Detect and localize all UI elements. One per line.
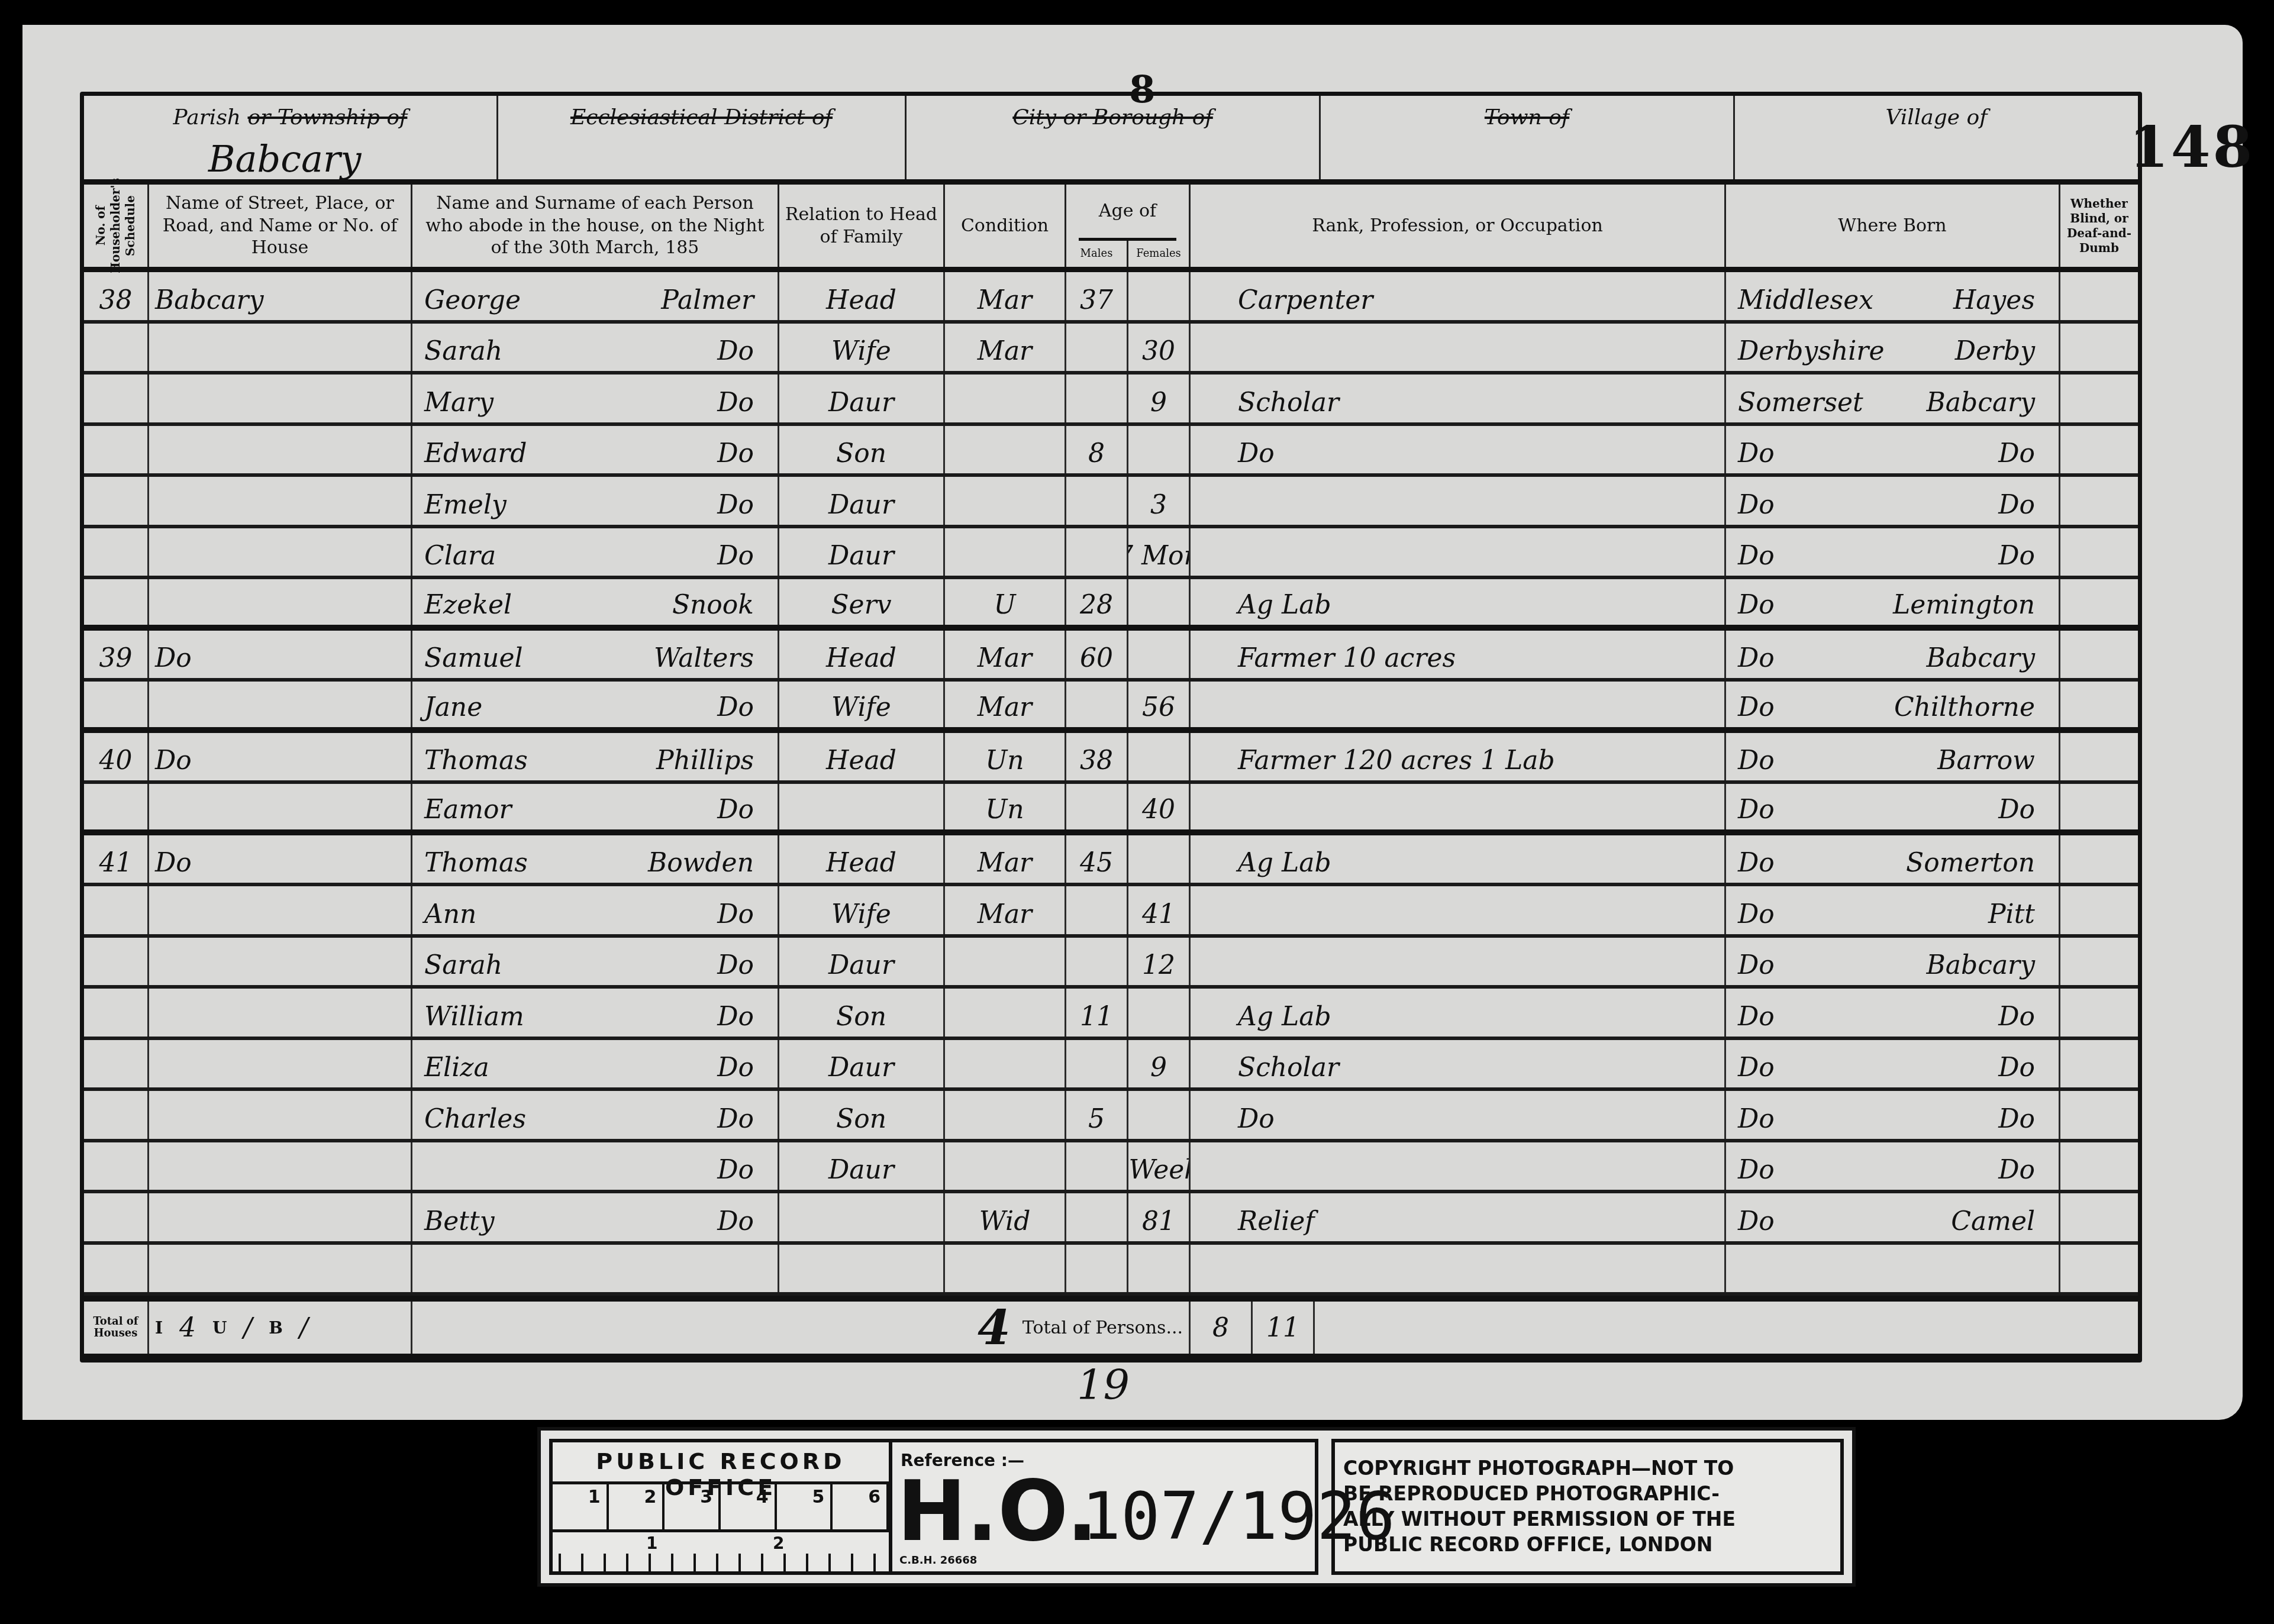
schedule-number: [84, 528, 149, 576]
person-name: EzekelSnook: [412, 579, 779, 625]
scale-ruler: PUBLIC RECORD OFFICE 1 2 3 4 5 6 1 2: [549, 1439, 892, 1575]
schedule-number: [84, 938, 149, 986]
uninhabited-count: /: [244, 1313, 253, 1343]
location-header: Parish or Township of Babcary Ecclesiast…: [84, 96, 2138, 185]
col-blind-deaf: Whether Blind, or Deaf-and-Dumb: [2060, 185, 2138, 267]
street-name: [149, 324, 412, 372]
female-age: [1128, 1091, 1191, 1139]
ruler-ticks: [559, 1554, 883, 1574]
table-row: EzekelSnookServU28Ag LabDoLemington: [84, 579, 2138, 631]
table-row: [84, 1245, 2138, 1296]
table-row: JaneDoWifeMar56DoChilthorne: [84, 682, 2138, 733]
col-occupation: Rank, Profession, or Occupation: [1191, 185, 1726, 267]
born-county: Do: [1738, 1206, 1775, 1236]
male-age: 45: [1066, 835, 1128, 883]
building-count: /: [299, 1313, 308, 1343]
male-age: 8: [1066, 426, 1128, 474]
col-males: Males: [1066, 241, 1128, 267]
condition: U: [945, 579, 1066, 625]
person-name: ThomasBowden: [412, 835, 779, 883]
schedule-number: [84, 579, 149, 625]
relation: Daur: [779, 374, 945, 422]
condition: Mar: [945, 682, 1066, 727]
street-name: [149, 579, 412, 625]
blind-deaf: [2060, 989, 2138, 1037]
born-place: Babcary: [1927, 950, 2036, 980]
occupation: Ag Lab: [1191, 579, 1726, 625]
born-place: Do: [1998, 541, 2035, 571]
street-name: [149, 784, 412, 829]
street-name: [149, 528, 412, 576]
schedule-number: [84, 1091, 149, 1139]
street-name: [149, 374, 412, 422]
forename: Mary: [424, 388, 493, 418]
town-cell: Town of: [1321, 96, 1735, 179]
households-tally: 4: [978, 1302, 1011, 1354]
occupation: [1191, 528, 1726, 576]
col-females: Females: [1128, 241, 1189, 267]
condition: [945, 1142, 1066, 1190]
schedule-number: [84, 374, 149, 422]
where-born: DoBabcary: [1726, 631, 2060, 679]
person-name: ElizaDo: [412, 1040, 779, 1088]
male-age: [1066, 324, 1128, 372]
female-age: 81: [1128, 1193, 1191, 1241]
male-age: [1066, 682, 1128, 727]
relation: Daur: [779, 1040, 945, 1088]
condition: [945, 989, 1066, 1037]
person-name: EamorDo: [412, 784, 779, 829]
born-county: Do: [1738, 1155, 1775, 1185]
forename: Eamor: [424, 795, 512, 825]
township-struck-label: or Township of: [248, 105, 408, 130]
born-county: Do: [1738, 590, 1775, 620]
parish-label: Parish: [173, 105, 241, 130]
female-age: [1128, 733, 1191, 781]
born-place: Do: [1998, 1104, 2035, 1134]
total-males: 8: [1191, 1302, 1253, 1354]
inhabited-count: 4: [179, 1313, 196, 1343]
total-persons-cell: 4 Total of Persons...: [412, 1302, 1191, 1354]
occupation: Do: [1191, 1091, 1726, 1139]
relation: Wife: [779, 324, 945, 372]
where-born: DoDo: [1726, 528, 2060, 576]
female-age: 3: [1128, 477, 1191, 525]
born-county: Do: [1738, 1002, 1775, 1032]
condition: Mar: [945, 324, 1066, 372]
street-name: Do: [149, 733, 412, 781]
col-relation: Relation to Head of Family: [779, 185, 945, 267]
condition: [945, 938, 1066, 986]
where-born: DoDo: [1726, 989, 2060, 1037]
surname: Walters: [654, 643, 754, 673]
condition: [945, 528, 1066, 576]
female-age: [1128, 426, 1191, 474]
person-name: [412, 1245, 779, 1293]
male-age: [1066, 1142, 1128, 1190]
office-title: PUBLIC RECORD OFFICE: [553, 1442, 889, 1484]
born-place: Babcary: [1927, 388, 2036, 418]
male-age: [1066, 1193, 1128, 1241]
blind-deaf: [2060, 682, 2138, 727]
total-females: 11: [1253, 1302, 1315, 1354]
forename: Samuel: [424, 643, 523, 673]
folio-number: 148: [2129, 114, 2254, 180]
age-of-label: Age of: [1079, 185, 1177, 241]
where-born: DoDo: [1726, 784, 2060, 829]
table-row: SarahDoWifeMar30DerbyshireDerby: [84, 324, 2138, 375]
female-age: [1128, 579, 1191, 625]
born-county: Do: [1738, 643, 1775, 673]
female-age: 30: [1128, 324, 1191, 372]
female-age: [1128, 989, 1191, 1037]
schedule-number: [84, 682, 149, 727]
occupation: Do: [1191, 426, 1726, 474]
female-age: [1128, 272, 1191, 320]
census-rows: 38BabcaryGeorgePalmerHeadMar37CarpenterM…: [84, 272, 2138, 1296]
born-place: Do: [1998, 1155, 2035, 1185]
blind-deaf: [2060, 1091, 2138, 1139]
occupation: Carpenter: [1191, 272, 1726, 320]
person-name: MaryDo: [412, 374, 779, 422]
relation: Son: [779, 426, 945, 474]
surname: Palmer: [661, 285, 754, 315]
male-age: [1066, 528, 1128, 576]
condition: Mar: [945, 272, 1066, 320]
where-born: DoChilthorne: [1726, 682, 2060, 727]
relation: Daur: [779, 938, 945, 986]
village-cell: Village of: [1735, 96, 2138, 179]
relation: [779, 1245, 945, 1293]
relation: Son: [779, 1091, 945, 1139]
male-age: 37: [1066, 272, 1128, 320]
table-row: WilliamDoSon11Ag LabDoDo: [84, 989, 2138, 1040]
born-place: Do: [1998, 1002, 2035, 1032]
blind-deaf: [2060, 1040, 2138, 1088]
street-name: [149, 1245, 412, 1293]
schedule-number: 39: [84, 631, 149, 679]
person-name: ClaraDo: [412, 528, 779, 576]
female-age: 41: [1128, 886, 1191, 934]
blind-deaf: [2060, 426, 2138, 474]
record-office-stamp: PUBLIC RECORD OFFICE 1 2 3 4 5 6 1 2 Ref…: [537, 1427, 1856, 1587]
table-row: 40DoThomasPhillipsHeadUn38Farmer 120 acr…: [84, 733, 2138, 784]
table-row: SarahDoDaur12DoBabcary: [84, 938, 2138, 989]
schedule-number: [84, 1040, 149, 1088]
surname: Phillips: [656, 745, 754, 776]
condition: Mar: [945, 631, 1066, 679]
relation: Head: [779, 733, 945, 781]
born-place: Do: [1998, 795, 2035, 825]
female-age: 3 Weeks: [1128, 1142, 1191, 1190]
person-name: WilliamDo: [412, 989, 779, 1037]
born-county: Do: [1738, 1052, 1775, 1083]
table-row: 38BabcaryGeorgePalmerHeadMar37CarpenterM…: [84, 272, 2138, 324]
surname: Do: [717, 1155, 754, 1185]
schedule-number: [84, 426, 149, 474]
born-place: Do: [1998, 1052, 2035, 1083]
condition: [945, 374, 1066, 422]
stamp-code: C.B.H. 26668: [899, 1554, 977, 1567]
col-condition: Condition: [945, 185, 1066, 267]
relation: Head: [779, 835, 945, 883]
person-name: EdwardDo: [412, 426, 779, 474]
born-county: Do: [1738, 1104, 1775, 1134]
census-table: Parish or Township of Babcary Ecclesiast…: [80, 92, 2142, 1363]
street-name: [149, 1193, 412, 1241]
where-born: DoLemington: [1726, 579, 2060, 625]
city-borough-label: City or Borough of: [907, 105, 1319, 130]
blind-deaf: [2060, 938, 2138, 986]
street-name: [149, 989, 412, 1037]
surname: Do: [717, 336, 754, 366]
table-row: EdwardDoSon8DoDoDo: [84, 426, 2138, 477]
schedule-number: [84, 1245, 149, 1293]
condition: Mar: [945, 886, 1066, 934]
blind-deaf: [2060, 272, 2138, 320]
born-place: Do: [1998, 490, 2035, 520]
where-born: DoDo: [1726, 1142, 2060, 1190]
table-row: BettyDoWid81ReliefDoCamel: [84, 1193, 2138, 1245]
person-name: ThomasPhillips: [412, 733, 779, 781]
occupation: [1191, 784, 1726, 829]
where-born: DoBabcary: [1726, 938, 2060, 986]
where-born: [1726, 1245, 2060, 1293]
surname: Do: [717, 692, 754, 722]
born-county: Somerset: [1738, 388, 1863, 418]
reference-box: Reference :— H.O. 107/1926 C.B.H. 26668: [892, 1439, 1318, 1575]
condition: Un: [945, 733, 1066, 781]
blind-deaf: [2060, 631, 2138, 679]
occupation: [1191, 1245, 1726, 1293]
blind-deaf: [2060, 477, 2138, 525]
condition: Wid: [945, 1193, 1066, 1241]
male-age: [1066, 1040, 1128, 1088]
blind-deaf: [2060, 835, 2138, 883]
table-row: 39DoSamuelWaltersHeadMar60Farmer 10 acre…: [84, 631, 2138, 682]
occupation: Farmer 120 acres 1 Lab: [1191, 733, 1726, 781]
reference-series: H.O.: [897, 1471, 1098, 1554]
relation: Son: [779, 989, 945, 1037]
person-name: SarahDo: [412, 324, 779, 372]
surname: Do: [717, 1052, 754, 1083]
schedule-number: [84, 477, 149, 525]
female-age: 9: [1128, 1040, 1191, 1088]
relation: [779, 1193, 945, 1241]
where-born: DoDo: [1726, 477, 2060, 525]
blind-deaf: [2060, 1245, 2138, 1293]
condition: [945, 1040, 1066, 1088]
born-place: Do: [1998, 438, 2035, 469]
col-street: Name of Street, Place, or Road, and Name…: [149, 185, 412, 267]
table-row: CharlesDoSon5DoDoDo: [84, 1091, 2138, 1142]
born-county: Derbyshire: [1738, 336, 1884, 366]
female-age: [1128, 835, 1191, 883]
relation: Wife: [779, 682, 945, 727]
blind-deaf: [2060, 324, 2138, 372]
street-name: [149, 682, 412, 727]
schedule-number: [84, 989, 149, 1037]
born-county: Do: [1738, 950, 1775, 980]
male-age: 5: [1066, 1091, 1128, 1139]
forename: Thomas: [424, 745, 528, 776]
relation: Serv: [779, 579, 945, 625]
street-name: [149, 477, 412, 525]
born-county: Do: [1738, 848, 1775, 878]
col-person: Name and Surname of each Person who abod…: [412, 185, 779, 267]
occupation: Scholar: [1191, 374, 1726, 422]
born-place: Chilthorne: [1894, 692, 2035, 722]
born-county: Do: [1738, 692, 1775, 722]
blind-deaf: [2060, 528, 2138, 576]
born-place: Camel: [1951, 1206, 2035, 1236]
person-name: GeorgePalmer: [412, 272, 779, 320]
female-age: 40: [1128, 784, 1191, 829]
where-born: DerbyshireDerby: [1726, 324, 2060, 372]
surname: Do: [717, 1002, 754, 1032]
relation: Wife: [779, 886, 945, 934]
relation: Daur: [779, 528, 945, 576]
schedule-number: 41: [84, 835, 149, 883]
where-born: DoCamel: [1726, 1193, 2060, 1241]
street-name: [149, 426, 412, 474]
where-born: DoPitt: [1726, 886, 2060, 934]
male-age: 28: [1066, 579, 1128, 625]
column-headers: No. of Householder's Schedule Name of St…: [84, 185, 2138, 272]
person-name: JaneDo: [412, 682, 779, 727]
col-schedule-no: No. of Householder's Schedule: [84, 185, 149, 267]
relation: Daur: [779, 477, 945, 525]
person-name: AnnDo: [412, 886, 779, 934]
person-name: SamuelWalters: [412, 631, 779, 679]
born-county: Do: [1738, 745, 1775, 776]
schedule-number: 40: [84, 733, 149, 781]
surname: Do: [717, 490, 754, 520]
born-county: Do: [1738, 541, 1775, 571]
forename: Clara: [424, 541, 496, 571]
forename: Eliza: [424, 1052, 489, 1083]
street-name: [149, 938, 412, 986]
table-row: AnnDoWifeMar41DoPitt: [84, 886, 2138, 938]
relation: [779, 784, 945, 829]
forename: Sarah: [424, 336, 502, 366]
total-persons-label: Total of Persons...: [1023, 1318, 1183, 1338]
surname: Do: [717, 899, 754, 929]
surname: Do: [717, 950, 754, 980]
male-age: 11: [1066, 989, 1128, 1037]
occupation: Farmer 10 acres: [1191, 631, 1726, 679]
female-age: [1128, 631, 1191, 679]
schedule-number: [84, 886, 149, 934]
copyright-notice: COPYRIGHT PHOTOGRAPH—NOT TO BE REPRODUCE…: [1331, 1439, 1844, 1575]
forename: Ann: [424, 899, 476, 929]
census-grid: No. of Householder's Schedule Name of St…: [84, 185, 2138, 1361]
born-place: Somerton: [1906, 848, 2035, 878]
col-age: Age of Males Females: [1066, 185, 1191, 267]
male-age: 38: [1066, 733, 1128, 781]
forename: Charles: [424, 1104, 526, 1134]
occupation: [1191, 886, 1726, 934]
totals-row: Total of Houses I4 U/ B/ 4 Total of Pers…: [84, 1296, 2138, 1361]
occupation: [1191, 682, 1726, 727]
schedule-number: [84, 324, 149, 372]
occupation: Scholar: [1191, 1040, 1726, 1088]
where-born: SomersetBabcary: [1726, 374, 2060, 422]
occupation: Ag Lab: [1191, 835, 1726, 883]
forename: Betty: [424, 1206, 495, 1236]
eccl-district-label: Ecclesiastical District of: [498, 105, 905, 130]
female-age: [1128, 1245, 1191, 1293]
street-name: [149, 1040, 412, 1088]
table-row: ElizaDoDaur9ScholarDoDo: [84, 1040, 2138, 1092]
blind-deaf: [2060, 784, 2138, 829]
surname: Do: [717, 1104, 754, 1134]
where-born: DoSomerton: [1726, 835, 2060, 883]
table-row: DoDaur3 WeeksDoDo: [84, 1142, 2138, 1194]
parish-value: Babcary: [208, 137, 362, 180]
born-county: Do: [1738, 438, 1775, 469]
scale-units: 1 2: [553, 1532, 889, 1574]
occupation: [1191, 938, 1726, 986]
forename: Emely: [424, 490, 507, 520]
table-row: EmelyDoDaur3DoDo: [84, 477, 2138, 528]
where-born: DoBarrow: [1726, 733, 2060, 781]
schedule-number: 38: [84, 272, 149, 320]
male-age: [1066, 374, 1128, 422]
occupation: Ag Lab: [1191, 989, 1726, 1037]
condition: [945, 1091, 1066, 1139]
parish-cell: Parish or Township of Babcary: [84, 96, 498, 179]
surname: Do: [717, 388, 754, 418]
where-born: DoDo: [1726, 426, 2060, 474]
male-age: [1066, 886, 1128, 934]
surname: Bowden: [648, 848, 754, 878]
person-name: BettyDo: [412, 1193, 779, 1241]
born-county: Do: [1738, 795, 1775, 825]
forename: Sarah: [424, 950, 502, 980]
total-houses-label: Total of Houses: [84, 1302, 149, 1354]
houses-tally: I4 U/ B/: [149, 1302, 412, 1354]
blind-deaf: [2060, 579, 2138, 625]
schedule-number: [84, 1193, 149, 1241]
below-total-tally: 19: [1077, 1361, 1130, 1409]
city-borough-cell: City or Borough of: [907, 96, 1321, 179]
street-name: [149, 886, 412, 934]
born-place: Hayes: [1953, 285, 2035, 315]
eccl-district-cell: Ecclesiastical District of: [498, 96, 907, 179]
born-county: Do: [1738, 490, 1775, 520]
person-name: Do: [412, 1142, 779, 1190]
village-label: Village of: [1735, 105, 2138, 130]
condition: Un: [945, 784, 1066, 829]
street-name: Babcary: [149, 272, 412, 320]
surname: Do: [717, 438, 754, 469]
born-place: Derby: [1955, 336, 2035, 366]
table-row: 41DoThomasBowdenHeadMar45Ag LabDoSomerto…: [84, 835, 2138, 887]
male-age: [1066, 938, 1128, 986]
born-place: Babcary: [1927, 643, 2036, 673]
female-age: 12: [1128, 938, 1191, 986]
table-row: EamorDoUn40DoDo: [84, 784, 2138, 835]
male-age: 60: [1066, 631, 1128, 679]
male-age: [1066, 1245, 1128, 1293]
street-name: [149, 1091, 412, 1139]
relation: Head: [779, 631, 945, 679]
person-name: CharlesDo: [412, 1091, 779, 1139]
street-name: Do: [149, 835, 412, 883]
born-place: Lemington: [1893, 590, 2035, 620]
born-place: Pitt: [1988, 899, 2035, 929]
